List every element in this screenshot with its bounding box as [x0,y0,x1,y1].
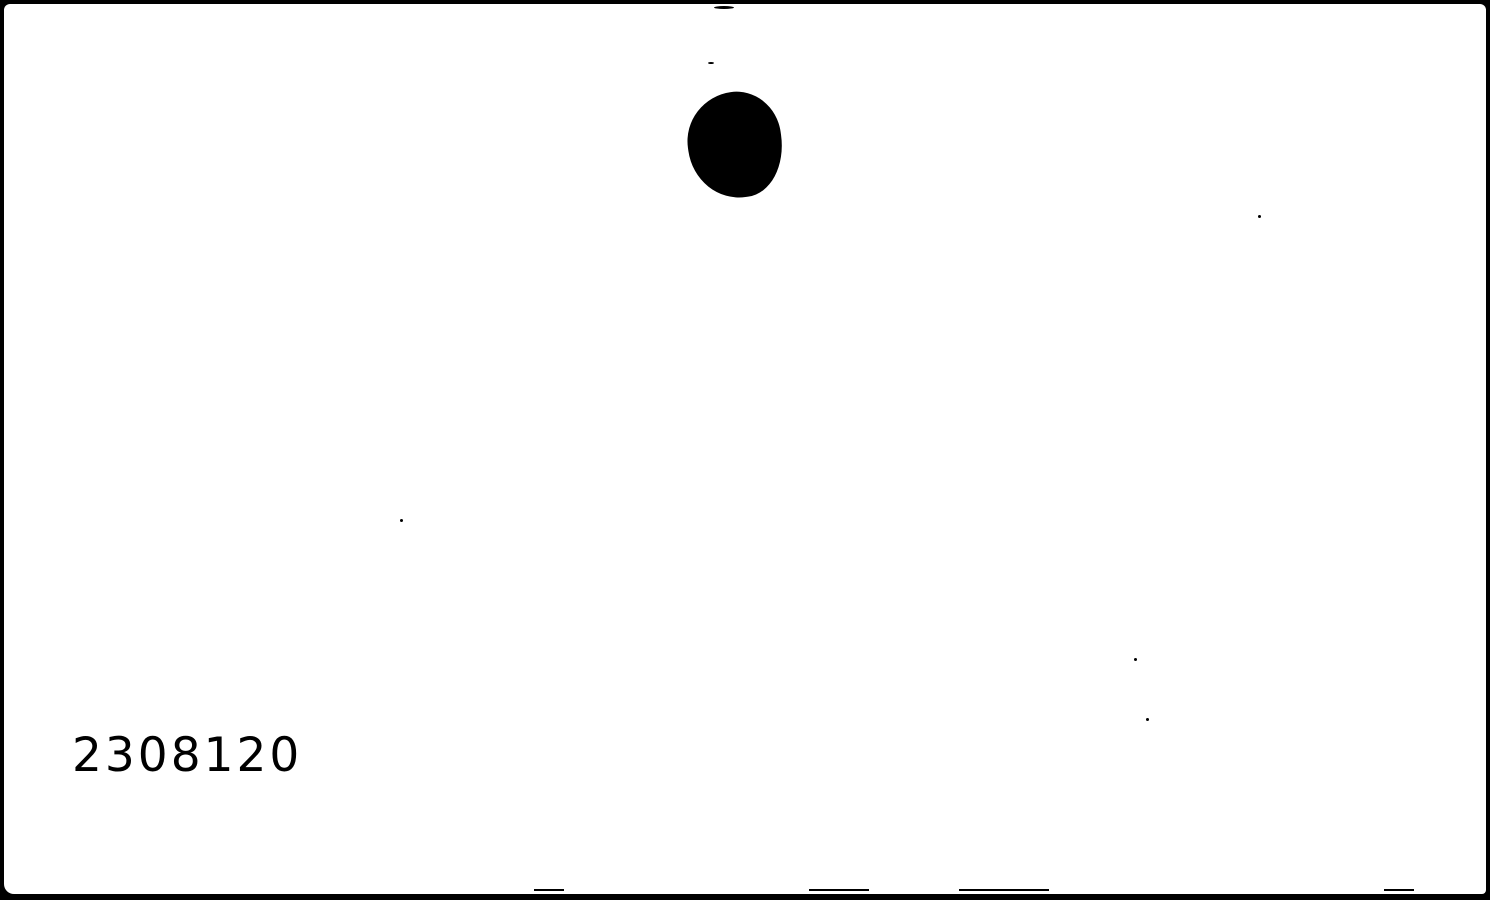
edge-wear [959,889,1049,891]
card-number: 2308120 [72,732,302,779]
speck [1134,658,1137,661]
speck [1146,718,1149,721]
speck [708,62,714,64]
scanned-card: 2308120 [4,4,1486,894]
speck [714,6,734,9]
edge-wear [1384,889,1414,891]
speck [400,519,403,522]
speck [1258,215,1261,218]
edge-wear [809,889,869,891]
ink-blot [681,86,789,204]
edge-wear [534,889,564,891]
